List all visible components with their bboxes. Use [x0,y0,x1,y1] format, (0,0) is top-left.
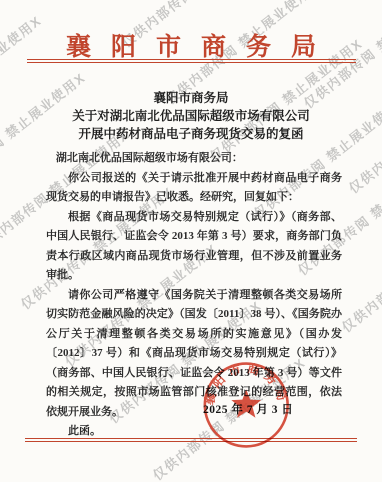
document-title: 襄阳市商务局 关于对湖北南北优品国际超级市场有限公司 开展中药材商品电子商务现货… [20,89,362,143]
letterhead-agency-name: 襄阳市商务局 [0,27,382,63]
paragraph-1: 你公司报送的《关于请示批准开展中药材商品电子商务现货交易的申请报告》已收悉。经研… [46,169,342,208]
paragraph-3: 请你公司严格遵守《国务院关于清理整顿各类交易场所切实防范金融风险的决定》（国发〔… [46,286,342,423]
scanned-official-letter: 仅供内部传阅 禁止展业使用X 仅供内部传阅 禁止展业使用X 仅供内部传阅 禁止展… [0,0,382,482]
official-seal: 襄阳市商务局 [203,359,295,451]
seal-star-icon [231,389,261,417]
paragraph-2: 根据《商品现货市场交易特别规定（试行）》（商务部、中国人民银行、证监会令 201… [46,208,342,286]
doc-title-line-1: 襄阳市商务局 [20,89,362,107]
letterhead-double-rule [27,59,356,63]
doc-title-line-2: 关于对湖北南北优品国际超级市场有限公司 [20,107,362,125]
doc-title-line-3: 开展中药材商品电子商务现货交易的复函 [20,125,362,143]
letter-content: 襄阳市商务局 襄阳市商务局 关于对湖北南北优品国际超级市场有限公司 开展中药材商… [0,0,382,482]
footer-double-rule [25,438,357,442]
salutation: 湖北南北优品国际超级市场有限公司： [46,149,342,169]
letter-body: 湖北南北优品国际超级市场有限公司： 你公司报送的《关于请示批准开展中药材商品电子… [46,149,342,442]
